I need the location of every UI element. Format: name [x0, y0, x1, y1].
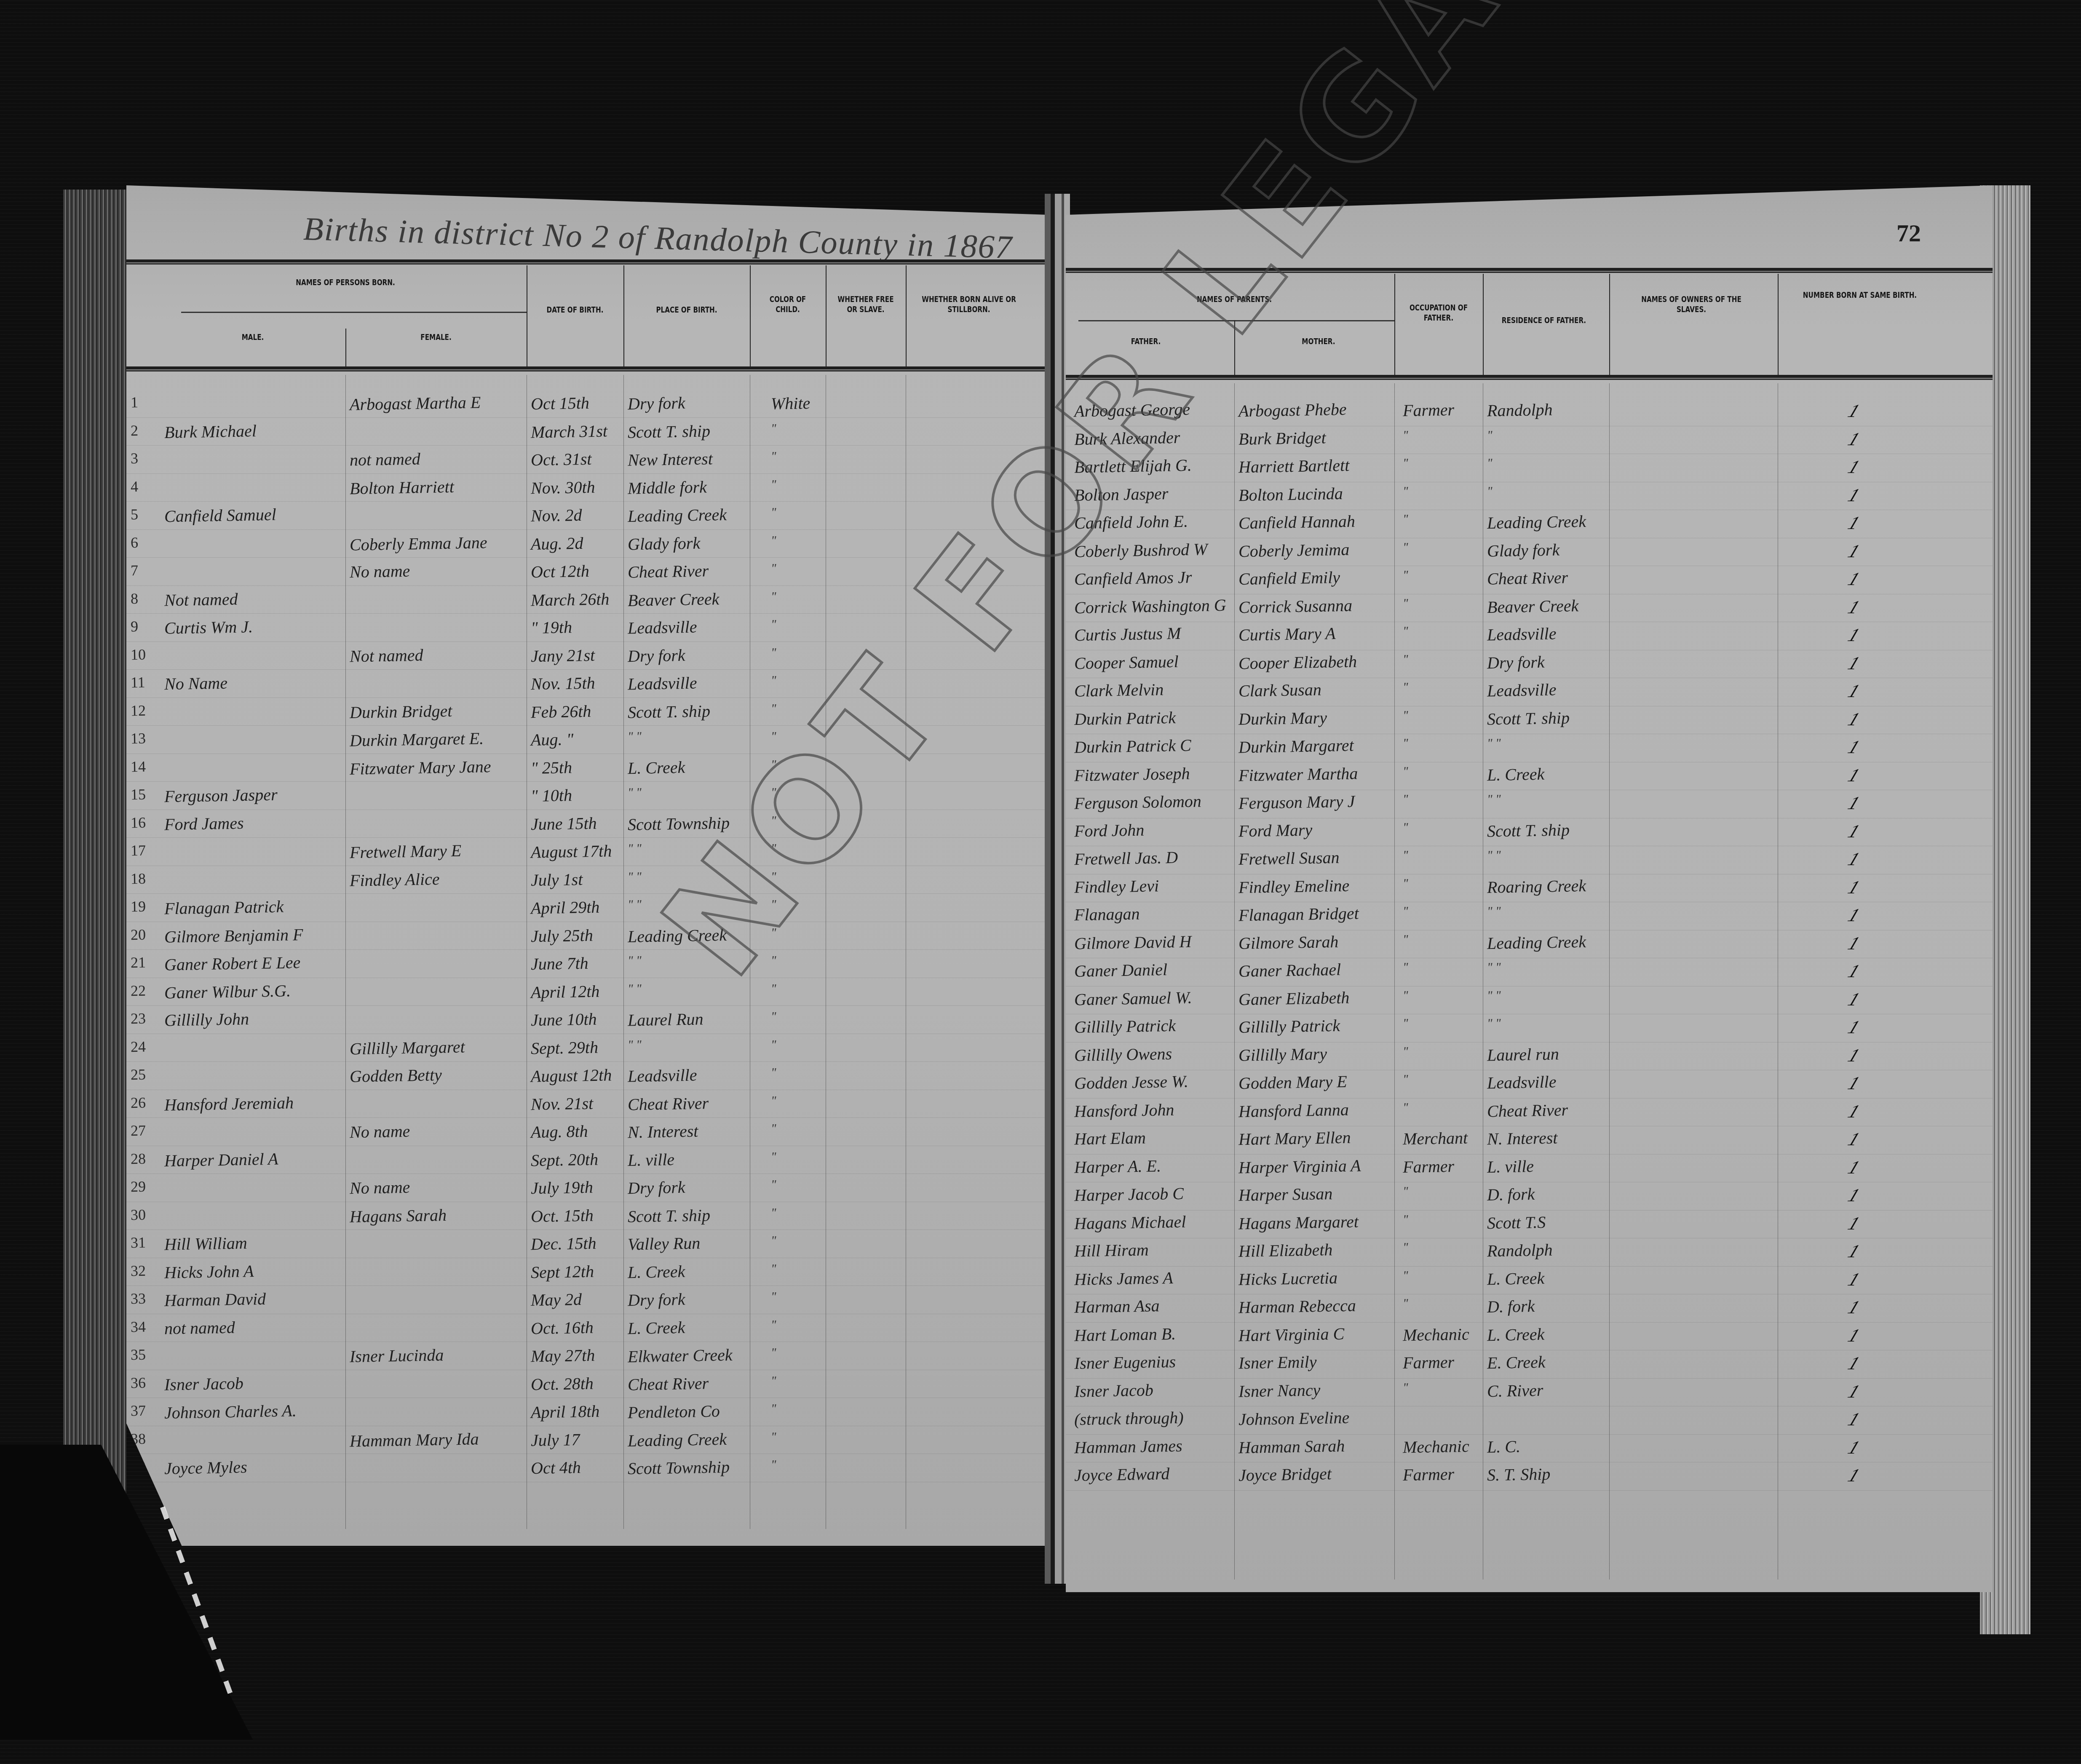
record-left-color: "	[771, 981, 776, 996]
record-left-place: " "	[628, 898, 642, 912]
record-right-residence: Cheat River	[1487, 567, 1568, 588]
record-left-female: Fitzwater Mary Jane	[350, 756, 491, 779]
record-left-place: " "	[628, 842, 642, 856]
record-left-color: "	[771, 954, 776, 968]
record-right-number: 1	[1843, 1184, 1864, 1206]
record-right-father: Hagans Michael	[1074, 1211, 1186, 1233]
column-line	[1609, 383, 1610, 1580]
record-left-date: March 26th	[531, 589, 610, 610]
record-left-no: 18	[131, 869, 146, 887]
record-right-mother: Hicks Lucretia	[1238, 1267, 1338, 1289]
record-right-number: 1	[1843, 764, 1864, 786]
record-left-no: 14	[131, 757, 146, 775]
record-left-male: Joyce Myles	[164, 1457, 247, 1478]
record-right-occupation: "	[1403, 1380, 1408, 1395]
table-row-rule	[1066, 482, 1993, 482]
table-row-rule	[126, 893, 1049, 894]
record-left-color: "	[771, 1178, 776, 1192]
record-right-number: 1	[1843, 484, 1864, 506]
record-right-mother: Bolton Lucinda	[1238, 483, 1343, 505]
record-right-residence: " "	[1487, 960, 1501, 975]
table-row-rule	[1066, 1266, 1993, 1267]
record-left-place: Leadsville	[628, 1065, 697, 1086]
header-names-of-persons-born: Names of Persons Born.	[201, 278, 490, 288]
table-row-rule	[126, 669, 1049, 670]
record-left-male: Flanagan Patrick	[164, 897, 284, 919]
record-right-father: Durkin Patrick C	[1074, 735, 1192, 757]
record-left-no: 28	[131, 1149, 146, 1168]
record-right-mother: Harman Rebecca	[1238, 1296, 1356, 1318]
record-left-female: Durkin Bridget	[350, 700, 452, 722]
record-right-mother: Fretwell Susan	[1238, 847, 1340, 869]
record-right-occupation: "	[1403, 680, 1408, 695]
header-color-of-child: Color of Child.	[757, 295, 818, 315]
table-row-rule	[126, 1342, 1049, 1342]
record-right-residence: Leadsville	[1487, 1072, 1557, 1093]
table-row-rule	[1066, 1322, 1993, 1323]
record-right-residence: " "	[1487, 736, 1501, 751]
table-row-rule	[126, 1090, 1049, 1090]
table-row-rule	[1066, 538, 1993, 538]
record-right-mother: Corrick Susanna	[1238, 595, 1353, 617]
record-right-residence: L. Creek	[1487, 1268, 1545, 1288]
record-left-female: Hamman Mary Ida	[350, 1429, 479, 1451]
record-right-mother: Ferguson Mary J	[1238, 791, 1355, 813]
record-right-residence: " "	[1487, 792, 1501, 807]
header-top-rule	[126, 259, 1049, 265]
header-number-born-at-same-birth: Number Born at Same Birth.	[1794, 291, 1926, 301]
header-place-of-birth: Place of Birth.	[636, 305, 737, 315]
table-row-rule	[1066, 454, 1993, 454]
header-father: Father.	[1089, 337, 1203, 347]
record-right-residence: Roaring Creek	[1487, 875, 1586, 897]
table-row-rule	[126, 1398, 1049, 1398]
record-left-place: " "	[628, 730, 642, 744]
record-left-place: Cheat River	[628, 1373, 709, 1394]
column-line	[1394, 383, 1395, 1580]
record-left-male: Hicks John A	[164, 1261, 254, 1283]
divider	[527, 265, 527, 366]
record-right-occupation: "	[1403, 624, 1408, 639]
table-row-rule	[1066, 1154, 1993, 1155]
header-names-of-parents: Names of Parents.	[1106, 295, 1362, 305]
record-right-occupation: "	[1403, 1100, 1408, 1115]
record-left-no: 22	[131, 981, 146, 1000]
record-left-no: 17	[131, 842, 146, 860]
record-right-residence: C. River	[1487, 1380, 1543, 1401]
record-right-father: Hansford John	[1074, 1099, 1174, 1121]
record-left-color: "	[771, 1234, 776, 1248]
record-right-occupation: Mechanic	[1403, 1324, 1469, 1345]
record-left-male: Not named	[164, 589, 238, 610]
record-left-no: 8	[131, 589, 139, 607]
record-right-occupation: "	[1403, 652, 1408, 666]
record-left-no: 25	[131, 1066, 146, 1084]
record-right-number: 1	[1843, 792, 1864, 814]
record-left-no: 21	[131, 954, 146, 972]
record-right-father: Hicks James A	[1074, 1267, 1174, 1289]
record-left-color: "	[771, 617, 776, 632]
record-right-father: Canfield Amos Jr	[1074, 567, 1192, 589]
record-left-male: not named	[164, 1317, 235, 1338]
record-right-residence: L. ville	[1487, 1156, 1534, 1177]
record-right-father: Ford John	[1074, 820, 1145, 841]
table-row-rule	[1066, 762, 1993, 762]
record-right-occupation: Mechanic	[1403, 1436, 1469, 1457]
book-page-edges-left	[63, 190, 126, 1495]
table-row-rule	[1066, 734, 1993, 734]
table-row-rule	[126, 1034, 1049, 1034]
record-left-no: 23	[131, 1010, 146, 1028]
record-right-number: 1	[1843, 1157, 1864, 1178]
table-row-rule	[126, 1286, 1049, 1286]
record-left-date: Dec. 15th	[531, 1233, 596, 1254]
record-right-residence: Leading Creek	[1487, 511, 1586, 533]
divider	[1778, 274, 1779, 375]
record-right-mother: Hart Mary Ellen	[1238, 1128, 1351, 1149]
record-right-occupation: Farmer	[1403, 1156, 1455, 1176]
record-left-male: No Name	[164, 673, 228, 694]
header-mother: Mother.	[1258, 337, 1379, 347]
record-right-number: 1	[1843, 456, 1864, 478]
record-left-color: White	[771, 393, 810, 414]
record-left-place: Scott T. ship	[628, 1205, 711, 1226]
record-left-place: Dry fork	[628, 1289, 685, 1310]
record-left-color: "	[771, 1346, 776, 1360]
divider	[1483, 274, 1484, 375]
record-right-number: 1	[1843, 680, 1864, 702]
table-row-rule	[1066, 1098, 1993, 1098]
record-left-female: Godden Betty	[350, 1065, 442, 1086]
record-right-mother: Gillilly Mary	[1238, 1044, 1327, 1065]
record-left-date: Oct. 31st	[531, 449, 592, 470]
record-right-occupation: "	[1403, 512, 1408, 527]
record-left-color: "	[771, 925, 776, 940]
record-left-male: Gilmore Benjamin F	[164, 925, 303, 947]
record-left-no: 33	[131, 1290, 146, 1308]
table-row-rule	[1066, 706, 1993, 706]
record-right-number: 1	[1843, 1045, 1864, 1066]
record-right-father: Joyce Edward	[1074, 1464, 1170, 1485]
table-row-rule	[126, 922, 1049, 922]
record-right-mother: Gillilly Patrick	[1238, 1016, 1340, 1037]
header-date-of-birth: Date of Birth.	[536, 305, 614, 315]
table-row-rule	[1066, 1294, 1993, 1294]
record-left-date: Oct. 16th	[531, 1317, 594, 1338]
record-right-mother: Arbogast Phebe	[1238, 399, 1347, 421]
record-left-color: "	[771, 757, 776, 772]
record-left-date: July 1st	[531, 869, 583, 890]
record-right-number: 1	[1843, 1296, 1864, 1318]
record-left-color: "	[771, 1037, 776, 1052]
record-right-residence: " "	[1487, 1016, 1501, 1031]
header-residence-of-father: Residence of Father.	[1495, 316, 1593, 326]
record-left-male: Ford James	[164, 813, 244, 834]
record-left-date: Sept. 29th	[531, 1037, 599, 1058]
record-right-residence: Scott T. ship	[1487, 820, 1570, 841]
record-left-male: Harman David	[164, 1289, 266, 1310]
record-left-no: 26	[131, 1093, 146, 1112]
table-row-rule	[1066, 958, 1993, 958]
parents-table: Names of Parents. Father. Mother. Occupa…	[1066, 274, 1993, 1580]
record-left-place: N. Interest	[628, 1121, 698, 1142]
record-right-residence: " "	[1487, 988, 1501, 1003]
record-right-number: 1	[1843, 821, 1864, 842]
record-right-residence: Randolph	[1487, 1240, 1553, 1261]
record-right-mother: Isner Nancy	[1238, 1380, 1321, 1401]
births-table: Names of Persons Born. Male. Female. Dat…	[126, 265, 1049, 1529]
record-left-color: "	[771, 1402, 776, 1416]
record-left-no: 32	[131, 1262, 146, 1280]
record-right-occupation: "	[1403, 848, 1408, 863]
record-right-number: 1	[1843, 1269, 1864, 1290]
record-right-number: 1	[1843, 1101, 1864, 1122]
record-left-no: 34	[131, 1318, 146, 1336]
table-row-rule	[1066, 594, 1993, 594]
record-left-no: 20	[131, 925, 146, 943]
record-left-color: "	[771, 1262, 776, 1276]
table-row-rule	[126, 754, 1049, 754]
record-left-female: Coberly Emma Jane	[350, 532, 487, 555]
record-left-date: August 17th	[531, 841, 612, 862]
record-left-female: Gillilly Margaret	[350, 1037, 465, 1058]
record-left-no: 9	[131, 617, 139, 635]
table-row-rule	[126, 781, 1049, 782]
record-left-date: Oct 15th	[531, 393, 590, 414]
table-row-rule	[126, 501, 1049, 502]
table-row-rule	[1066, 1042, 1993, 1042]
record-right-father: Hamman James	[1074, 1435, 1182, 1457]
record-left-color: "	[771, 1205, 776, 1220]
record-left-color: "	[771, 421, 776, 436]
record-left-no: 39	[131, 1458, 146, 1476]
header-names-of-owners-of-slaves: Names of Owners of the Slaves.	[1626, 295, 1757, 315]
record-left-no: 16	[131, 813, 146, 831]
table-row-rule	[126, 1454, 1049, 1454]
table-row-rule	[126, 613, 1049, 614]
record-left-date: August 12th	[531, 1065, 612, 1086]
record-right-father: Durkin Patrick	[1074, 707, 1176, 729]
record-right-residence: E. Creek	[1487, 1352, 1546, 1373]
table-row-rule	[1066, 790, 1993, 790]
table-row-rule	[1066, 1070, 1993, 1070]
header-bottom-rule	[126, 366, 1049, 372]
record-left-male: Ganer Robert E Lee	[164, 952, 301, 975]
record-left-date: Feb 26th	[531, 701, 591, 722]
record-right-number: 1	[1843, 1128, 1864, 1150]
record-left-place: Pendleton Co	[628, 1401, 720, 1422]
record-right-father: Fretwell Jas. D	[1074, 847, 1178, 869]
record-left-place: Scott Township	[628, 813, 730, 834]
record-right-father: Canfield John E.	[1074, 511, 1188, 533]
record-right-mother: Hill Elizabeth	[1238, 1240, 1333, 1261]
record-left-female: No name	[350, 1121, 410, 1142]
table-row-rule	[1066, 874, 1993, 874]
record-right-number: 1	[1843, 960, 1864, 982]
record-left-place: Leadsville	[628, 617, 697, 638]
record-left-color: "	[771, 1290, 776, 1304]
record-left-date: Oct 12th	[531, 561, 590, 582]
table-row-rule	[1066, 1350, 1993, 1350]
record-right-father: Hart Loman B.	[1074, 1323, 1176, 1345]
record-right-mother: Joyce Bridget	[1238, 1464, 1332, 1485]
record-left-no: 6	[131, 533, 139, 551]
table-row-rule	[1066, 1434, 1993, 1435]
record-left-male: Canfield Samuel	[164, 505, 276, 527]
record-right-number: 1	[1843, 989, 1864, 1010]
table-row-rule	[126, 641, 1049, 642]
record-right-mother: Canfield Hannah	[1238, 511, 1355, 533]
record-right-father: Isner Jacob	[1074, 1380, 1154, 1401]
record-right-number: 1	[1843, 1240, 1864, 1262]
record-left-no: 27	[131, 1122, 146, 1140]
table-row-rule	[126, 1258, 1049, 1258]
record-right-number: 1	[1843, 540, 1864, 562]
record-left-place: " "	[628, 1037, 642, 1052]
record-left-no: 37	[131, 1402, 146, 1420]
record-left-male: Ganer Wilbur S.G.	[164, 981, 291, 1002]
record-right-occupation: "	[1403, 456, 1408, 470]
record-right-number: 1	[1843, 428, 1864, 450]
record-right-mother: Ganer Elizabeth	[1238, 987, 1350, 1009]
table-row-rule	[1066, 1126, 1993, 1126]
record-left-place: Dry fork	[628, 645, 685, 666]
divider	[750, 265, 751, 366]
record-left-no: 1	[131, 393, 139, 411]
record-right-occupation: "	[1403, 428, 1408, 442]
table-row-rule	[126, 1229, 1049, 1230]
record-left-place: Elkwater Creek	[628, 1345, 733, 1366]
record-left-color: "	[771, 869, 776, 884]
record-right-occupation: "	[1403, 540, 1408, 554]
record-left-place: Scott T. ship	[628, 701, 711, 722]
record-right-father: Arbogast George	[1074, 399, 1190, 421]
record-right-occupation: "	[1403, 960, 1408, 975]
record-right-residence: L. Creek	[1487, 764, 1545, 784]
record-right-occupation: "	[1403, 820, 1408, 834]
record-left-place: L. Creek	[628, 1261, 685, 1282]
table-row-rule	[126, 725, 1049, 726]
record-left-no: 15	[131, 786, 146, 804]
table-row-rule	[126, 1314, 1049, 1314]
divider	[826, 265, 827, 366]
record-right-occupation: "	[1403, 596, 1408, 610]
record-right-residence: N. Interest	[1487, 1128, 1558, 1149]
record-left-color: "	[771, 1430, 776, 1444]
record-left-color: "	[771, 813, 776, 828]
record-left-no: 2	[131, 421, 139, 439]
record-left-date: April 29th	[531, 897, 600, 918]
record-right-father: Ganer Daniel	[1074, 960, 1168, 981]
record-left-female: Isner Lucinda	[350, 1345, 444, 1366]
record-left-no: 7	[131, 561, 139, 579]
record-left-date: Oct. 15th	[531, 1205, 594, 1226]
table-row-rule	[126, 866, 1049, 866]
table-row-rule	[1066, 678, 1993, 678]
record-left-date: May 2d	[531, 1289, 582, 1310]
table-row-rule	[126, 417, 1049, 418]
record-right-mother: Durkin Margaret	[1238, 735, 1354, 757]
column-line	[750, 375, 750, 1529]
record-right-occupation: "	[1403, 1268, 1408, 1283]
record-right-mother: Flanagan Bridget	[1238, 903, 1359, 925]
record-right-occupation: Merchant	[1403, 1128, 1468, 1149]
record-right-occupation: "	[1403, 736, 1408, 751]
record-left-male: Burk Michael	[164, 421, 257, 442]
record-left-male: Isner Jacob	[164, 1373, 244, 1394]
record-left-place: Cheat River	[628, 561, 709, 582]
record-right-occupation: Farmer	[1403, 400, 1455, 420]
record-left-male: Ferguson Jasper	[164, 785, 278, 807]
record-left-date: Jany 21st	[531, 645, 595, 666]
record-right-number: 1	[1843, 400, 1864, 422]
record-left-date: Aug. 8th	[531, 1121, 588, 1142]
record-left-color: "	[771, 645, 776, 660]
table-row-rule	[126, 1173, 1049, 1174]
record-left-color: "	[771, 1318, 776, 1332]
record-right-residence: Beaver Creek	[1487, 596, 1579, 617]
record-left-date: Sept 12th	[531, 1261, 594, 1282]
record-right-number: 1	[1843, 904, 1864, 926]
record-left-date: Nov. 15th	[531, 673, 595, 694]
divider	[1394, 274, 1395, 375]
table-row-rule	[126, 529, 1049, 530]
table-row-rule	[126, 978, 1049, 978]
record-left-place: Laurel Run	[628, 1009, 703, 1030]
table-row-rule	[126, 1426, 1049, 1426]
record-right-number: 1	[1843, 512, 1864, 534]
record-left-no: 24	[131, 1037, 146, 1056]
header-occupation-of-father: Occupation of Father.	[1403, 303, 1474, 323]
record-right-father: Clark Melvin	[1074, 679, 1164, 701]
record-left-no: 12	[131, 701, 146, 719]
record-right-father: Harper Jacob C	[1074, 1184, 1184, 1205]
record-left-color: "	[771, 1066, 776, 1080]
table-row-rule	[126, 837, 1049, 838]
column-line	[345, 375, 346, 1529]
column-line	[1483, 383, 1483, 1580]
divider-father-mother	[1234, 320, 1235, 375]
record-left-place: Scott Township	[628, 1457, 730, 1478]
record-right-mother: Ford Mary	[1238, 820, 1313, 841]
record-left-color: "	[771, 1093, 776, 1108]
record-right-occupation: "	[1403, 904, 1408, 919]
record-right-residence: Leadsville	[1487, 624, 1557, 645]
table-row-rule	[1066, 930, 1993, 930]
record-left-date: Oct 4th	[531, 1457, 581, 1478]
table-row-rule	[126, 445, 1049, 446]
record-right-residence: " "	[1487, 904, 1501, 919]
record-right-occupation: "	[1403, 764, 1408, 778]
table-row-rule	[1066, 1462, 1993, 1462]
record-right-mother: Johnson Eveline	[1238, 1408, 1350, 1430]
table-row-rule	[1066, 1210, 1993, 1211]
record-left-place: Leading Creek	[628, 505, 727, 526]
record-right-residence: D. fork	[1487, 1296, 1535, 1317]
record-right-mother: Hart Virginia C	[1238, 1323, 1345, 1345]
record-right-father: Bartlett Elijah G.	[1074, 455, 1192, 477]
record-right-occupation: "	[1403, 1296, 1408, 1311]
record-right-father: Gilmore David H	[1074, 931, 1192, 953]
record-left-place: L. Creek	[628, 1317, 685, 1338]
record-left-no: 13	[131, 730, 146, 748]
record-right-number: 1	[1843, 1352, 1864, 1374]
record-right-father: Ganer Samuel W.	[1074, 987, 1192, 1009]
record-right-father: Gillilly Owens	[1074, 1043, 1172, 1065]
table-row-rule	[1066, 986, 1993, 986]
record-left-female: Bolton Harriett	[350, 476, 455, 498]
header-born-alive-or-stillborn: Whether Born Alive or Stillborn.	[918, 295, 1019, 315]
